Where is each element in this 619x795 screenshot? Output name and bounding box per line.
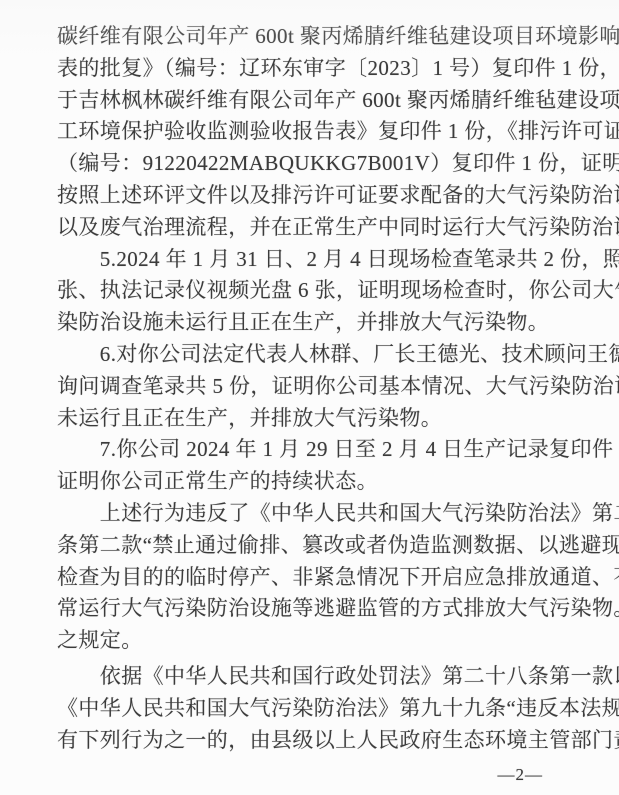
scanned-document-page: 碳纤维有限公司年产 600t 聚丙烯腈纤维毡建设项目环境影响报告 表的批复》（编… <box>0 0 619 795</box>
doc-line: 未运行且正在生产，并排放大气污染物。 <box>57 403 567 435</box>
doc-line: 表的批复》（编号：辽环东审字〔2023〕1 号）复印件 1 份，《关 <box>57 53 567 85</box>
doc-line: 染防治设施未运行且正在生产，并排放大气污染物。 <box>57 307 567 339</box>
doc-line: 有下列行为之一的，由县级以上人民政府生态环境主管部门责令 <box>57 725 567 757</box>
doc-line-item-5: 5.2024 年 1 月 31 日、2 月 4 日现场检查笔录共 2 份，照片 … <box>57 244 567 276</box>
doc-line: 依据《中华人民共和国行政处罚法》第二十八条第一款以及 <box>57 661 567 693</box>
doc-line: 之规定。 <box>57 625 567 657</box>
doc-line: 上述行为违反了《中华人民共和国大气污染防治法》第二十 <box>57 498 567 530</box>
page-number: —2— <box>498 763 544 787</box>
doc-line: 于吉林枫林碳纤维有限公司年产 600t 聚丙烯腈纤维毡建设项目竣 <box>57 85 567 117</box>
doc-line: 碳纤维有限公司年产 600t 聚丙烯腈纤维毡建设项目环境影响报告 <box>57 21 567 53</box>
doc-line: 张、执法记录仪视频光盘 6 张，证明现场检查时，你公司大气污 <box>57 275 567 307</box>
doc-line-item-6: 6.对你公司法定代表人林群、厂长王德光、技术顾问王德平 <box>57 339 567 371</box>
doc-line: 工环境保护验收监测验收报告表》复印件 1 份，《排污许可证》 <box>57 116 567 148</box>
doc-line: 检查为目的的临时停产、非紧急情况下开启应急排放通道、不正 <box>57 562 567 594</box>
doc-line-item-7: 7.你公司 2024 年 1 月 29 日至 2 月 4 日生产记录复印件 1 … <box>57 434 567 466</box>
doc-line: 询问调查笔录共 5 份，证明你公司基本情况、大气污染防治设施 <box>57 371 567 403</box>
doc-line: 条第二款“禁止通过偷排、篡改或者伪造监测数据、以逃避现场 <box>57 530 567 562</box>
doc-line: 常运行大气污染防治设施等逃避监管的方式排放大气污染物。” <box>57 593 567 625</box>
doc-line: 证明你公司正常生产的持续状态。 <box>57 466 567 498</box>
doc-line: 以及废气治理流程，并在正常生产中同时运行大气污染防治设施。 <box>57 212 567 244</box>
doc-line: （编号：91220422MABQUKKG7B001V）复印件 1 份，证明你公司… <box>57 148 567 180</box>
doc-line: 按照上述环评文件以及排污许可证要求配备的大气污染防治设施 <box>57 180 567 212</box>
doc-line: 《中华人民共和国大气污染防治法》第九十九条“违反本法规定， <box>57 693 567 725</box>
document-text-block: 碳纤维有限公司年产 600t 聚丙烯腈纤维毡建设项目环境影响报告 表的批复》（编… <box>57 21 567 756</box>
